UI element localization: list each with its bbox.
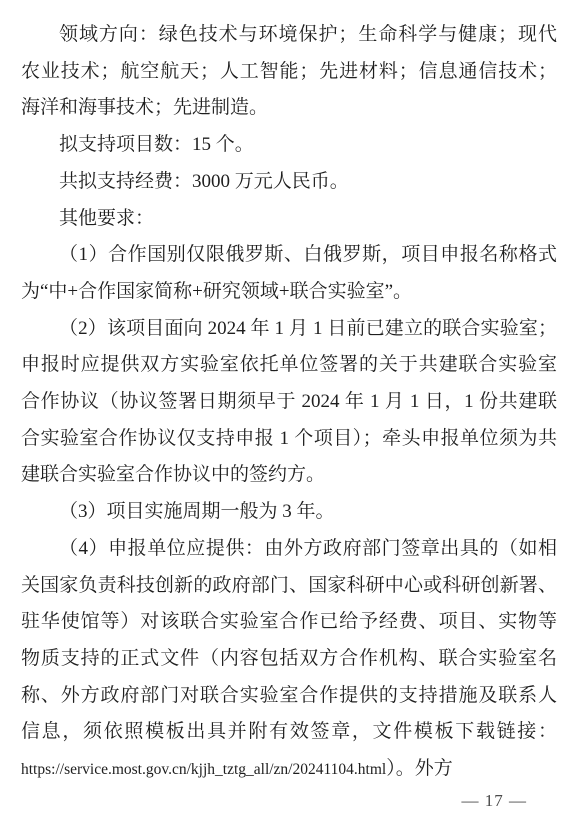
text-line: 海洋和海事技术；先进制造。	[21, 90, 557, 127]
text-line: https://service.most.gov.cn/kjjh_tztg_al…	[21, 751, 557, 789]
paragraph-field-directions: 领域方向：绿色技术与环境保护；生命科学与健康；现代 农业技术；航空航天；人工智能…	[21, 17, 557, 127]
paragraph-requirement-3: （3）项目实施周期一般为 3 年。	[21, 494, 557, 531]
text-line: 领域方向：绿色技术与环境保护；生命科学与健康；现代	[21, 17, 557, 54]
paragraph-project-count: 拟支持项目数：15 个。	[21, 127, 557, 164]
text-line: 其他要求：	[21, 201, 557, 238]
text-line: （1）合作国别仅限俄罗斯、白俄罗斯，项目申报名称格式	[21, 237, 557, 274]
text-line: 农业技术；航空航天；人工智能；先进材料；信息通信技术；	[21, 54, 557, 91]
template-download-url: https://service.most.gov.cn/kjjh_tztg_al…	[21, 761, 386, 778]
text-line: 为“中+合作国家简称+研究领域+联合实验室”。	[21, 274, 557, 311]
text-line: 合作协议（协议签署日期须早于 2024 年 1 月 1 日，1 份共建联	[21, 384, 557, 421]
text-line: 驻华使馆等）对该联合实验室合作已给予经费、项目、实物等	[21, 604, 557, 641]
text-line: 共拟支持经费：3000 万元人民币。	[21, 164, 557, 201]
page-number: — 17 —	[462, 791, 528, 811]
text-line: 申报时应提供双方实验室依托单位签署的关于共建联合实验室	[21, 347, 557, 384]
text-line: （4）申报单位应提供：由外方政府部门签章出具的（如相	[21, 531, 557, 568]
text-line: 建联合实验室合作协议中的签约方。	[21, 457, 557, 494]
paragraph-requirement-4: （4）申报单位应提供：由外方政府部门签章出具的（如相 关国家负责科技创新的政府部…	[21, 531, 557, 789]
text-line: 合实验室合作协议仅支持申报 1 个项目）；牵头申报单位须为共	[21, 421, 557, 458]
text-line: 关国家负责科技创新的政府部门、国家科研中心或科研创新署、	[21, 568, 557, 605]
paragraph-other-requirements-heading: 其他要求：	[21, 201, 557, 238]
text-line: 称、外方政府部门对联合实验室合作提供的支持措施及联系人	[21, 678, 557, 715]
paragraph-requirement-1: （1）合作国别仅限俄罗斯、白俄罗斯，项目申报名称格式 为“中+合作国家简称+研究…	[21, 237, 557, 310]
document-page: 领域方向：绿色技术与环境保护；生命科学与健康；现代 农业技术；航空航天；人工智能…	[0, 0, 573, 830]
text-line: （2）该项目面向 2024 年 1 月 1 日前已建立的联合实验室；	[21, 311, 557, 348]
text-line: 拟支持项目数：15 个。	[21, 127, 557, 164]
text-line: 物质支持的正式文件（内容包括双方合作机构、联合实验室名	[21, 641, 557, 678]
text-line: （3）项目实施周期一般为 3 年。	[21, 494, 557, 531]
text-line: 信息，须依照模板出具并附有效签章，文件模板下载链接：	[21, 714, 557, 751]
paragraph-total-funding: 共拟支持经费：3000 万元人民币。	[21, 164, 557, 201]
document-body: 领域方向：绿色技术与环境保护；生命科学与健康；现代 农业技术；航空航天；人工智能…	[21, 17, 557, 789]
url-line-suffix: ）。外方	[386, 758, 453, 779]
paragraph-requirement-2: （2）该项目面向 2024 年 1 月 1 日前已建立的联合实验室； 申报时应提…	[21, 311, 557, 495]
